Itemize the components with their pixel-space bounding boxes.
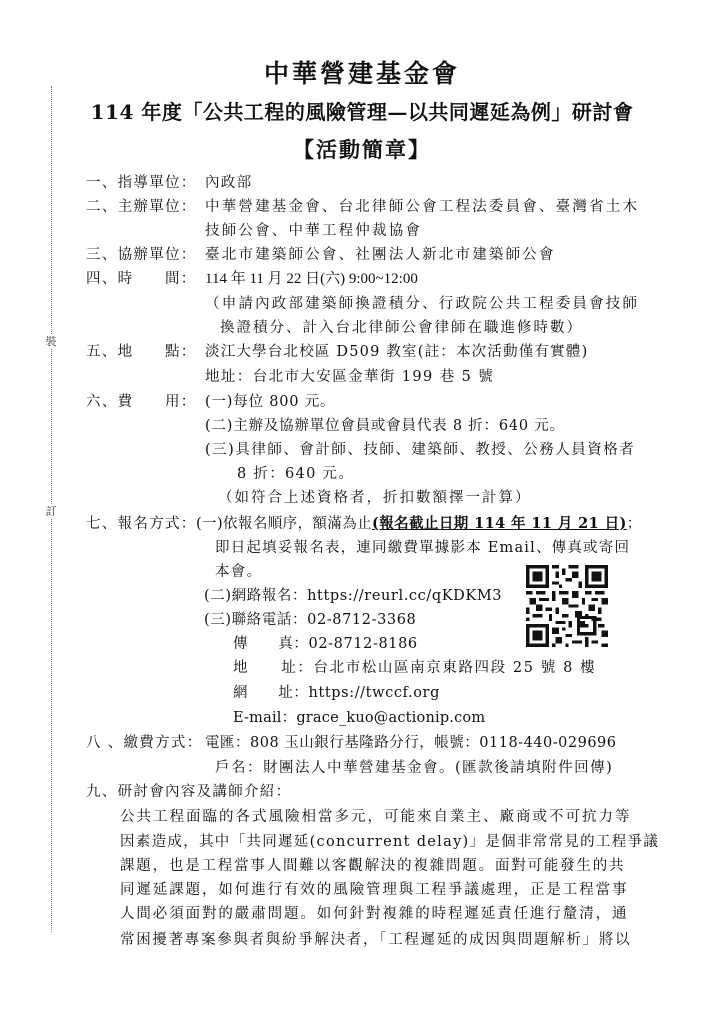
registration-semicolon: ；	[627, 516, 642, 532]
section-4-label: 四、時 間：	[86, 269, 197, 289]
registration-deadline: (報名截止日期 114 年 11 月 21 日)	[372, 515, 627, 532]
intro-paragraph-line3: 課題，也是工程當事人間難以客觀解決的複雜問題。面對可能發生的共	[120, 856, 625, 876]
registration-item-1-line2: 即日起填妥報名表，連同繳費單據影本 Email、傳真或寄回	[215, 538, 630, 558]
section-6-label: 六、費 用：	[86, 392, 197, 412]
qr-code	[526, 565, 608, 647]
contact-fax: 傳 真：02-8712-8186	[233, 634, 418, 654]
fee-note: （如符合上述資格者，折扣數額擇一計算）	[218, 488, 532, 508]
registration-item-1: (一)依報名順序，額滿為止(報名截止日期 114 年 11 月 21 日)；	[196, 514, 642, 534]
contact-address: 地 址：台北市松山區南京東路四段 25 號 8 樓	[233, 658, 596, 678]
section-1-value: 內政部	[205, 173, 252, 193]
payment-wire-transfer: 電匯：808 玉山銀行基隆路分行，帳號：0118-440-029696	[205, 733, 617, 753]
binding-mark-ding: 訂	[44, 505, 58, 519]
intro-paragraph-line2: 因素造成，其中「共同遲延(concurrent delay)」是個非常常見的工程…	[120, 832, 659, 852]
section-4-note-line2: 換證積分、計入台北律師公會律師在職進修時數）	[220, 318, 583, 338]
section-3-value: 臺北市建築師公會、社團法人新北市建築師公會	[205, 245, 556, 265]
contact-phone: (三)聯絡電話：02-8712-3368	[204, 610, 416, 630]
registration-order-text: (一)依報名順序，額滿為止	[196, 516, 372, 532]
intro-paragraph-line1: 公共工程面臨的各式風險相當多元，可能來自業主、廠商或不可抗力等	[120, 807, 632, 827]
intro-paragraph-line4: 同遲延課題，如何進行有效的風險管理與工程爭議處理，正是工程當事	[120, 880, 628, 900]
contact-website[interactable]: 網 址：https://twccf.org	[233, 683, 440, 703]
fee-item-1: (一)每位 800 元。	[205, 392, 335, 412]
section-2-label: 二、主辦單位：	[86, 197, 197, 217]
event-title: 114 年度「公共工程的風險管理—以共同遲延為例」研討會	[0, 96, 724, 125]
intro-paragraph-line5: 人間必須面對的嚴肅問題。如何針對複雜的時程遲延責任進行釐清，通	[120, 904, 628, 924]
section-8-label: 八 、繳費方式：	[86, 733, 203, 753]
fee-item-2: (二)主辦及協辦單位會員或會員代表 8 折：640 元。	[205, 416, 565, 436]
section-4-datetime: 114 年 11 月 22 日(六) 9:00~12:00	[205, 269, 418, 289]
section-3-label: 三、協辦單位：	[86, 245, 197, 265]
fee-item-3-line2: 8 折：640 元。	[237, 464, 354, 484]
section-1-label: 一、指導單位：	[86, 173, 197, 193]
intro-paragraph-line6: 常困擾著專案參與者與紛爭解決者，「工程遲延的成因與問題解析」將以	[120, 930, 631, 950]
section-5-address: 地址：台北市大安區金華街 199 巷 5 號	[205, 367, 494, 387]
fee-item-3-line1: (三)具律師、會計師、技師、建築師、教授、公務人員資格者	[205, 440, 635, 460]
section-5-venue: 淡江大學台北校區 D509 教室(註：本次活動僅有實體)	[205, 342, 588, 362]
binding-mark-zhuang: 裝	[44, 335, 58, 349]
doc-type-heading: 【活動簡章】	[0, 134, 724, 164]
registration-item-1-line3: 本會。	[215, 562, 262, 582]
section-2-value-line1: 中華營建基金會、台北律師公會工程法委員會、臺灣省土木	[205, 197, 639, 217]
section-7-label: 七、報名方式：	[86, 514, 197, 534]
section-9-label: 九、研討會內容及講師介紹：	[86, 782, 291, 802]
section-4-note-line1: （申請內政部建築師換證積分、行政院公共工程委員會技師	[205, 294, 639, 314]
section-5-label: 五、地 點：	[86, 342, 197, 362]
contact-email[interactable]: E-mail：grace_kuo@actionip.com	[233, 708, 485, 728]
online-registration-link[interactable]: (二)網路報名：https://reurl.cc/qKDKM3	[204, 586, 502, 606]
payment-account-name: 戶名：財團法人中華營建基金會。(匯款後請填附件回傳)	[215, 758, 613, 778]
section-2-value-line2: 技師公會、中華工程仲裁協會	[205, 221, 422, 241]
org-name-title: 中華營建基金會	[0, 54, 724, 90]
